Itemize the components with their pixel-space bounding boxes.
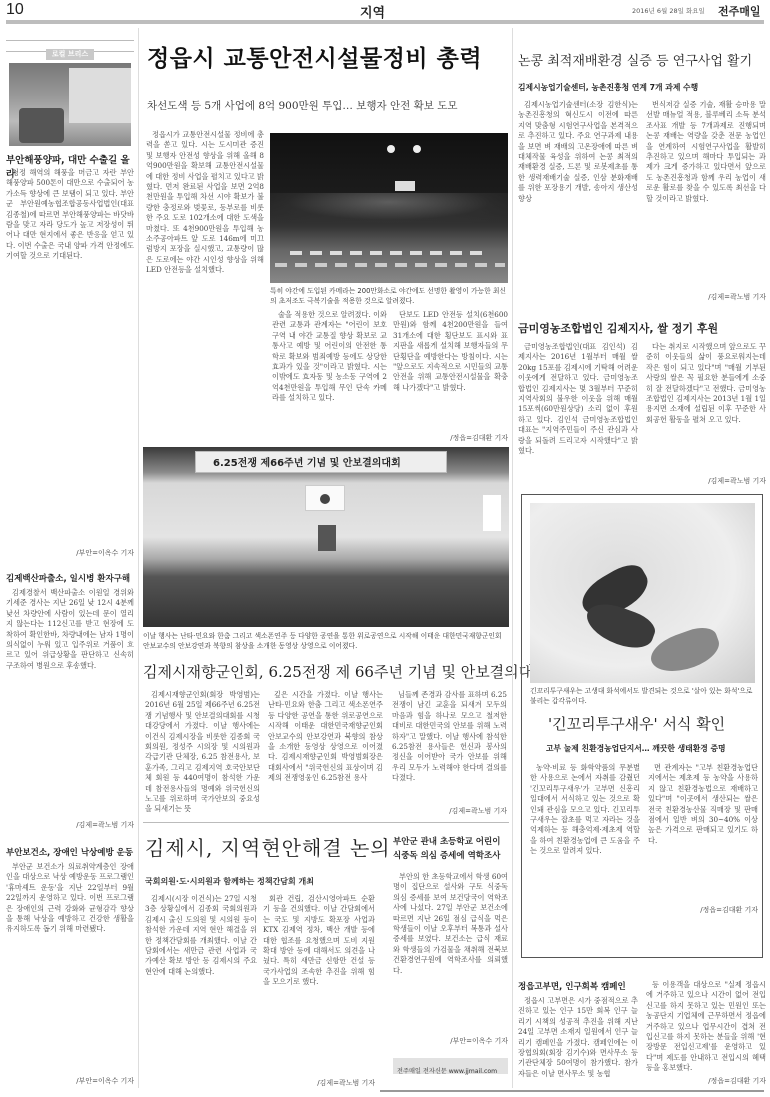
right-story2-body-col1: 금미영농조합법인(대표 김인석) 김제지사는 2016년 1월부터 매월 쌀 2… <box>518 342 638 480</box>
page-number: 10 <box>6 1 24 19</box>
section-title: 지역 <box>360 2 385 21</box>
section-label-bar: 로컬 브리스 <box>6 40 134 52</box>
shrimp-headline: '긴꼬리투구새우' 서식 확인 <box>548 713 725 734</box>
tadpole-shrimp-photo <box>530 503 755 683</box>
main-headline: 정읍시 교통안전시설물정비 총력 <box>147 40 482 73</box>
forklift-photo <box>9 63 131 146</box>
side-bottom-byline: /부안=이옥수 기자 <box>393 1036 508 1046</box>
footer-banner-text: 전주매일 전자신문 www.jjmail.com <box>393 1068 497 1075</box>
right-story4-body-col1: 정읍시 고부면은 시가 중점적으로 추진하고 있는 인구 15만 회복 인구 늘… <box>518 996 638 1086</box>
story-body: 부안군 보건소가 의료취약계층인 장애인을 대상으로 낙상 예방운동 프로그램인… <box>6 862 134 1074</box>
main-body-col3: 단보도 LED 안전등 설치(6천600만원)와 함께 4천200만원을 들여 … <box>393 310 508 432</box>
bottom-headline: 김제시, 지역현안해결 논의 <box>145 832 391 861</box>
main-body-col2: 술을 적용한 것으로 알려졌다. 이와 관련 교통과 관계자는 "어린이 보호구… <box>272 310 387 442</box>
header-rule <box>6 20 764 24</box>
bottom-subheadline: 국회의원·도·시의원과 함께하는 정책간담회 개최 <box>145 876 314 887</box>
right-story1-headline: 논콩 최적재배환경 실증 등 연구사업 활기 <box>518 50 752 69</box>
memorial-event-photo: 6.25전쟁 제66주년 기념 및 안보결의대회 <box>143 447 509 627</box>
main-photo-caption: 특히 야간에 도입된 카메라는 200만화소로 야간에도 선명한 촬영이 가능한… <box>270 287 508 306</box>
story-headline: 부안보건소, 장애인 낙상예방 운동 <box>6 846 133 858</box>
right-story4-byline: /정읍=김대환 기자 <box>646 1076 766 1086</box>
shrimp-byline: /정읍=김대환 기자 <box>648 905 758 915</box>
bottom-byline: /김제=곽노범 기자 <box>263 1078 375 1088</box>
main-subheadline: 차선도색 등 5개 사업에 8억 900만원 투입… 보행자 안전 확보 도모 <box>147 98 458 113</box>
shrimp-body-col1: 농약·비료 등 화학약품의 무분별한 사용으로 논에서 자취를 감췄던 '긴꼬리… <box>530 763 640 913</box>
story-body: 청정 해역의 해풍을 머금고 자란 부안해풍양파 500톤이 대만으로 수출되어… <box>6 168 134 548</box>
right-story2-byline: /김제=곽노범 기자 <box>646 476 766 486</box>
bottom-body-col1: 김제시(시장 이건식)는 27일 시청 3층 상황실에서 김종회 국회의원과 김… <box>145 894 257 1088</box>
main-body-col1: 정읍시가 교통안전시설물 정비에 총력을 쏟고 있다. 시는 도시미관 증진 및… <box>146 130 264 442</box>
event-body-col1: 김제시재향군인회(회장 박영범)는 2016년 6월 25일 제66주년 6.2… <box>145 690 260 818</box>
left-column: 로컬 브리스 부안해풍양파, 대만 수출길 올라 청정 해역의 해풍을 머금고 … <box>6 28 134 1088</box>
footer-rule <box>380 1090 764 1092</box>
right-story2-headline: 금미영농조합법인 김제지사, 쌀 정기 후원 <box>518 320 718 336</box>
main-byline: /정읍=김대환 기자 <box>393 433 508 443</box>
story-byline: /부안=이옥수 기자 <box>6 548 134 558</box>
shrimp-body-col2: 면 관계자는 "고부 친환경농업단지에서는 제초제 등 농약을 사용하지 않고 … <box>648 763 758 903</box>
section-label: 로컬 브리스 <box>46 49 94 60</box>
event-body-col2: 깊은 시간을 가졌다. 이날 행사는 난타·민요와 한춤 그리고 색소폰연주 등… <box>268 690 383 818</box>
story-byline: /부안=이옥수 기자 <box>6 1076 134 1086</box>
side-bottom-body: 부안의 한 초등학교에서 학생 60여 명이 집단으로 설사와 구토 식중독 의… <box>393 872 508 1034</box>
story-byline: /김제=곽노범 기자 <box>6 820 134 830</box>
footer-banner: 전주매일 전자신문 www.jjmail.com <box>393 1058 508 1074</box>
right-story4-body-col2: 등 이용객을 대상으로 "실제 정읍시에 거주하고 있으나 시간이 없어 전입신… <box>646 980 766 1076</box>
right-story1-byline: /김제=곽노범 기자 <box>646 292 766 302</box>
shrimp-photo-caption: 긴꼬리투구새우는 고생대 화석에서도 발견되는 것으로 '살아 있는 화석'으로… <box>530 687 755 706</box>
right-story4-headline: 정읍고부면, 인구회복 캠페인 <box>518 980 626 992</box>
column-divider <box>512 28 513 1088</box>
bottom-body-col2: 회관 건립, 검산시영아파트 순환기 등을 건의했다. 이날 간담회에서는 국도… <box>263 894 375 1074</box>
event-body-col3: 님들께 존경과 감사를 표하며 6.25전쟁이 남긴 교훈을 되새겨 모두의 마… <box>392 690 507 804</box>
shrimp-story-box: 긴꼬리투구새우는 고생대 화석에서도 발견되는 것으로 '살아 있는 화석'으로… <box>521 494 763 958</box>
event-headline: 김제시재향군인회, 6.25전쟁 제 66주년 기념 및 안보결의대회 <box>143 661 548 682</box>
story-headline: 김제백산파출소, 일시병 환자구해 <box>6 572 130 584</box>
section-divider <box>143 822 509 823</box>
crosswalk-night-photo <box>270 133 508 283</box>
event-photo-caption: 이날 행사는 난타·민요와 한춤 그리고 색소폰연주 등 다양한 공연을 통한 … <box>143 632 509 651</box>
right-story1-subheadline: 김제시농업기술센터, 농촌진흥청 연계 7개 과제 수행 <box>518 82 698 93</box>
story-body: 김제경찰서 백산파출소 이원일 경위와 기세준 경사는 지난 26일 낮 12시… <box>6 588 134 816</box>
shrimp-subheadline: 고부 눌제 친환경농업단지서… 깨끗한 생태환경 증명 <box>546 743 726 754</box>
right-story1-body-col2: 번식저감 실증 기술, 재활 승마용 말 선발 매뉴얼 적용, 블루베리 소득 … <box>646 100 766 290</box>
page-header: 10 지역 2016년 6월 28일 화요일 전주매일 <box>0 0 770 22</box>
event-byline: /김제=곽노범 기자 <box>392 806 507 816</box>
side-bottom-headline: 부안군 관내 초등학교 어린이 식중독 의심 증세에 역학조사 <box>393 835 508 863</box>
right-story2-body-col2: 다는 취지로 시작했으며 앞으로도 꾸준히 이웃들의 삶이 풍요로워지는데 작은… <box>646 342 766 474</box>
right-story1-body-col1: 김제시농업기술센터(소장 김한식)는 농촌진흥청의 혁신도시 이전에 따른 지역… <box>518 100 638 300</box>
column-divider <box>138 28 139 1088</box>
issue-date: 2016년 6월 28일 화요일 <box>632 6 705 15</box>
event-banner: 6.25전쟁 제66주년 기념 및 안보결의대회 <box>213 454 401 469</box>
paper-name: 전주매일 <box>718 3 761 19</box>
